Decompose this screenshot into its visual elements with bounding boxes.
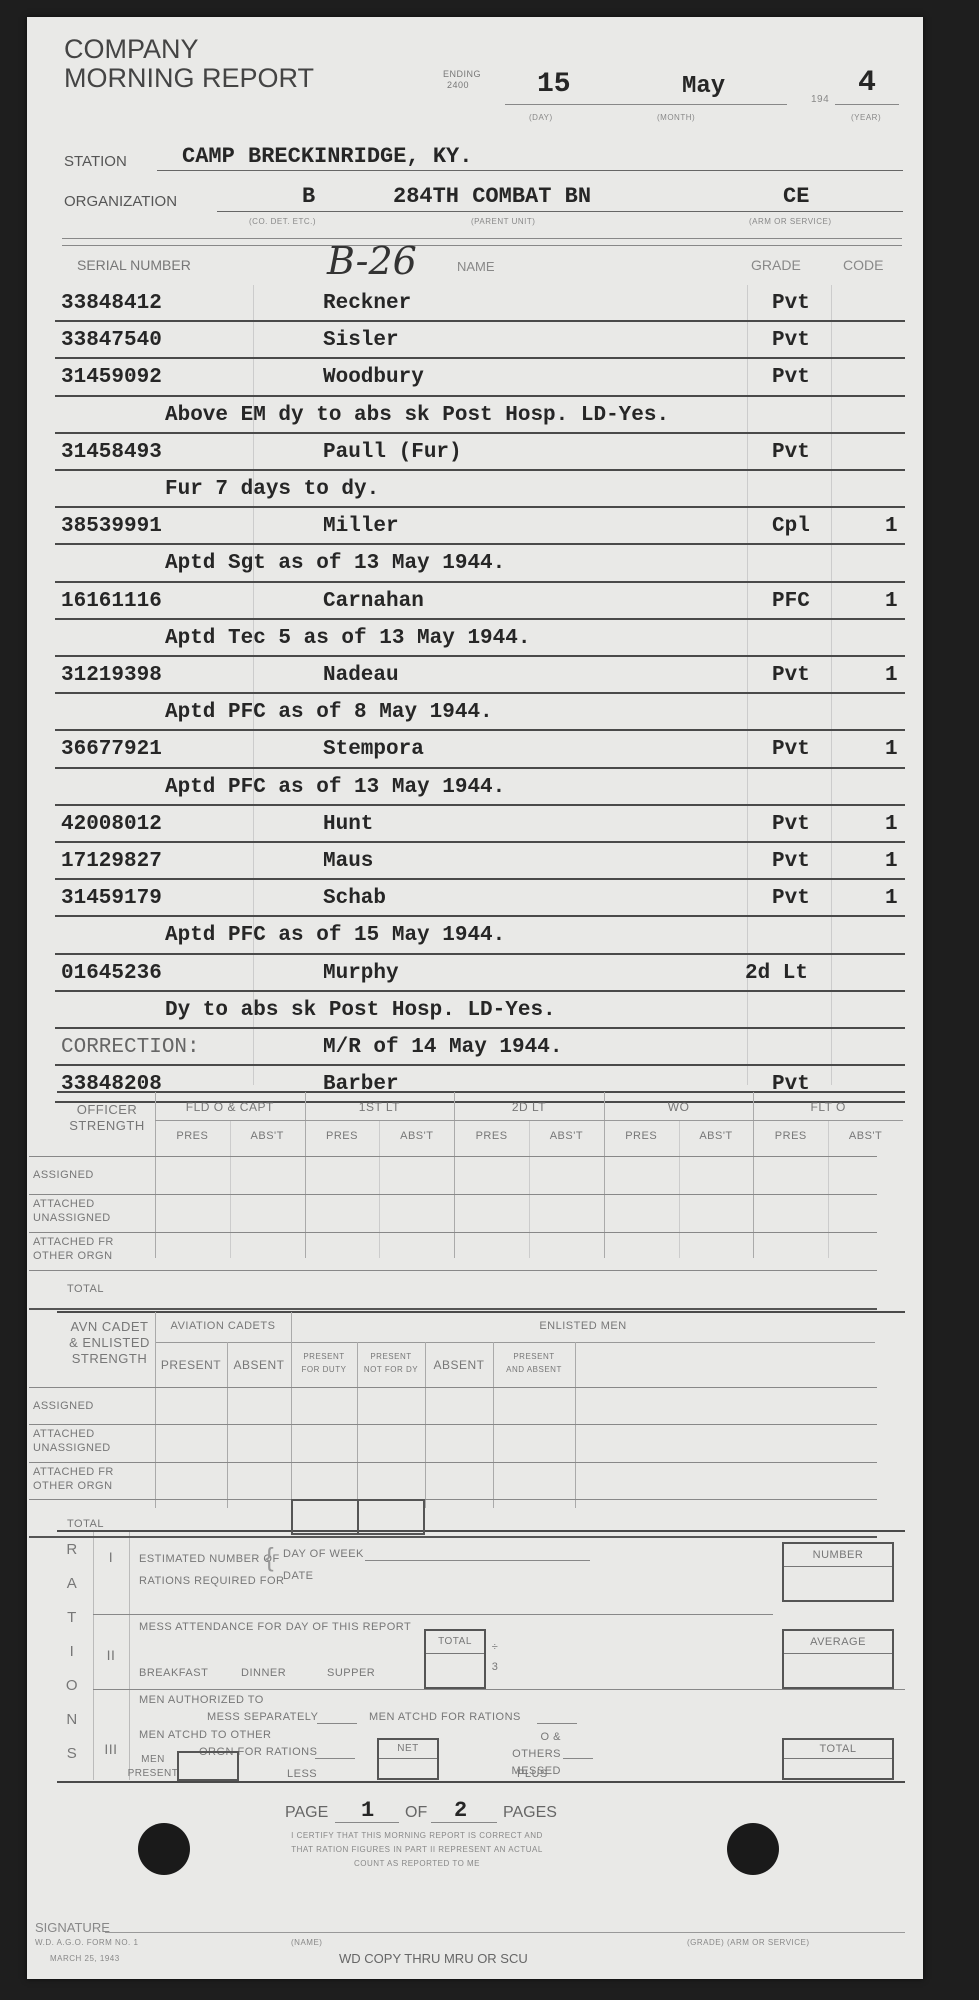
plus-label: PLUS <box>517 1768 548 1780</box>
officer-subheader-rule <box>155 1120 903 1121</box>
enlisted-count-cell[interactable] <box>227 1499 291 1536</box>
men-present-box[interactable] <box>177 1751 239 1781</box>
soldier-name: Nadeau <box>323 664 399 687</box>
enlisted-title-line2: & ENLISTED <box>57 1335 162 1351</box>
form-title-line2: MORNING REPORT <box>64 64 314 93</box>
officer-count-cell[interactable] <box>828 1194 903 1232</box>
soldier-name: Reckner <box>323 292 411 315</box>
men-present-line2: PRESENT <box>123 1767 183 1781</box>
total-present-box-divider <box>357 1499 359 1535</box>
officer-count-cell[interactable] <box>454 1270 529 1308</box>
enlisted-column-divider <box>575 1342 576 1508</box>
part-i-line1: ESTIMATED NUMBER OF <box>139 1548 284 1570</box>
remark-text: Aptd PFC as of 13 May 1944. <box>165 776 505 799</box>
code: 1 <box>885 850 898 873</box>
officer-count-cell[interactable] <box>529 1232 604 1270</box>
officer-strength-title: OFFICER STRENGTH <box>57 1102 157 1134</box>
entry-remark-row: Aptd PFC as of 13 May 1944. <box>55 769 905 806</box>
page-number: 1 <box>361 1798 374 1823</box>
officer-group-header: WO <box>604 1100 754 1114</box>
entry-row: 31459179SchabPvt1 <box>55 880 905 917</box>
officer-count-cell[interactable] <box>753 1194 828 1232</box>
officer-count-cell[interactable] <box>379 1232 454 1270</box>
men-authorized-line1: MEN AUTHORIZED TO <box>139 1694 264 1706</box>
officer-row-label: ATTACHED FROTHER ORGN <box>33 1235 114 1263</box>
officer-table-bottom-rule <box>29 1308 877 1310</box>
entry-remark-row: Aptd Sgt as of 13 May 1944. <box>55 545 905 582</box>
soldier-name: Woodbury <box>323 366 424 389</box>
enlisted-column-header-line: ABSENT <box>425 1358 493 1372</box>
signature-label: SIGNATURE <box>35 1920 110 1935</box>
average-box[interactable]: AVERAGE <box>782 1629 894 1689</box>
officer-count-cell[interactable] <box>155 1194 230 1232</box>
grade: Pvt <box>772 329 810 352</box>
part-i-numeral: I <box>93 1549 129 1565</box>
month-caption: (MONTH) <box>657 113 695 122</box>
men-atchd-other-field[interactable] <box>315 1758 355 1759</box>
men-atchd-other-line1: MEN ATCHD TO OTHER <box>139 1729 271 1741</box>
serial-number: 31458493 <box>61 441 162 464</box>
ending-label: ENDING 2400 <box>443 69 481 91</box>
enlisted-count-cell[interactable] <box>493 1499 575 1536</box>
entry-row: 33848412RecknerPvt <box>55 285 905 322</box>
enlisted-row-label: ATTACHED FROTHER ORGN <box>33 1465 114 1493</box>
code: 1 <box>885 664 898 687</box>
enlisted-men-header: ENLISTED MEN <box>291 1320 875 1332</box>
rations-bottom-rule <box>57 1781 905 1783</box>
officer-count-cell[interactable] <box>529 1156 604 1194</box>
signature-line[interactable] <box>105 1932 905 1933</box>
mess-separately-field[interactable] <box>317 1723 357 1724</box>
enlisted-row-label-line: UNASSIGNED <box>33 1441 111 1455</box>
enlisted-count-cell[interactable] <box>155 1499 227 1536</box>
entry-row: 31458493Paull (Fur)Pvt <box>55 434 905 471</box>
officer-subheader: PRES <box>454 1130 529 1142</box>
enlisted-row-label-line: ATTACHED FR <box>33 1465 114 1479</box>
enlisted-count-cell[interactable] <box>425 1462 493 1499</box>
entry-row: 31459092WoodburyPvt <box>55 359 905 396</box>
enlisted-column-header: PRESENTAND ABSENT <box>493 1350 575 1376</box>
arm-caption: (ARM OR SERVICE) <box>749 217 832 226</box>
number-label: NUMBER <box>784 1544 892 1567</box>
enlisted-row-label-line: TOTAL <box>67 1517 104 1531</box>
soldier-name: Hunt <box>323 813 373 836</box>
rations-total-box[interactable]: TOTAL <box>782 1738 894 1780</box>
officer-count-cell[interactable] <box>454 1156 529 1194</box>
organization-underline <box>217 211 903 212</box>
remark-text: Fur 7 days to dy. <box>165 478 379 501</box>
binder-hole-left <box>138 1823 190 1875</box>
rations-total-label: TOTAL <box>784 1740 892 1759</box>
grade: Cpl <box>772 515 810 538</box>
officer-count-cell[interactable] <box>604 1270 679 1308</box>
form-date: MARCH 25, 1943 <box>50 1954 120 1963</box>
officer-count-cell[interactable] <box>604 1156 679 1194</box>
rations-side-letter: I <box>57 1637 87 1671</box>
entry-row: 42008012HuntPvt1 <box>55 806 905 843</box>
enlisted-count-cell[interactable] <box>357 1387 425 1424</box>
officer-count-cell[interactable] <box>379 1194 454 1232</box>
officer-count-cell[interactable] <box>828 1232 903 1270</box>
entry-row: 16161116CarnahanPFC1 <box>55 583 905 620</box>
mess-total-box[interactable]: TOTAL <box>424 1629 486 1689</box>
brace-glyph: { <box>265 1543 274 1571</box>
officer-row-label: ASSIGNED <box>33 1168 94 1182</box>
handwritten-code: B-26 <box>327 239 417 283</box>
entry-remark-row: Fur 7 days to dy. <box>55 471 905 508</box>
soldier-name: Sisler <box>323 329 399 352</box>
enlisted-strength-title: AVN CADET & ENLISTED STRENGTH <box>57 1319 162 1367</box>
officer-count-cell[interactable] <box>679 1156 754 1194</box>
grade: Pvt <box>772 887 810 910</box>
entry-row: 31219398NadeauPvt1 <box>55 657 905 694</box>
less-label: LESS <box>287 1768 317 1780</box>
grade: Pvt <box>772 850 810 873</box>
breakfast-label: BREAKFAST <box>139 1667 208 1679</box>
grade: Pvt <box>772 441 810 464</box>
enlisted-count-cell[interactable] <box>227 1462 291 1499</box>
part-i-label: ESTIMATED NUMBER OF RATIONS REQUIRED FOR <box>139 1548 284 1592</box>
ending-label-text: ENDING <box>443 69 481 80</box>
enlisted-count-cell[interactable] <box>425 1387 493 1424</box>
part-ii-bottom-rule <box>93 1689 905 1690</box>
grade: Pvt <box>772 292 810 315</box>
grade: Pvt <box>772 664 810 687</box>
serial-number-header: SERIAL NUMBER <box>77 257 191 273</box>
officer-count-cell[interactable] <box>230 1194 305 1232</box>
morning-report-form: COMPANY MORNING REPORT ENDING 2400 15 Ma… <box>27 17 923 1979</box>
officer-count-cell[interactable] <box>230 1156 305 1194</box>
soldier-name: Murphy <box>323 962 399 985</box>
officer-subheader: PRES <box>155 1130 230 1142</box>
remark-text: Dy to abs sk Post Hosp. LD-Yes. <box>165 999 556 1022</box>
form-number: W.D. A.G.O. FORM NO. 1 <box>35 1938 138 1947</box>
enlisted-column-header-line: ABSENT <box>227 1358 291 1372</box>
officer-count-cell[interactable] <box>305 1156 380 1194</box>
officer-subheader: PRES <box>305 1130 380 1142</box>
enlisted-count-cell[interactable] <box>357 1462 425 1499</box>
entry-remark-row: Aptd PFC as of 15 May 1944. <box>55 917 905 954</box>
rations-side-letter: N <box>57 1705 87 1739</box>
officer-group-header: 1ST LT <box>305 1100 455 1114</box>
divide-sign: ÷ <box>489 1637 501 1657</box>
page-label: PAGE <box>285 1804 328 1822</box>
mess-attendance-label: MESS ATTENDANCE FOR DAY OF THIS REPORT <box>139 1621 411 1633</box>
rations-numeral-divider-right <box>129 1532 130 1780</box>
rations-side-label: RATIONS <box>57 1535 87 1773</box>
remark-text: Aptd Sgt as of 13 May 1944. <box>165 552 505 575</box>
enlisted-column-header: ABSENT <box>425 1358 493 1372</box>
officer-count-cell[interactable] <box>679 1194 754 1232</box>
serial-number: 01645236 <box>61 962 162 985</box>
header-rule-1 <box>62 238 902 239</box>
serial-number: 31459092 <box>61 366 162 389</box>
entry-row: 33847540SislerPvt <box>55 322 905 359</box>
divide-by-three: ÷ 3 <box>489 1637 501 1677</box>
officer-row-label: ATTACHEDUNASSIGNED <box>33 1197 111 1225</box>
name-caption: (NAME) <box>291 1938 322 1947</box>
grade: Pvt <box>772 738 810 761</box>
officer-count-cell[interactable] <box>454 1232 529 1270</box>
officer-row-label-line: ATTACHED <box>33 1197 111 1211</box>
code: 1 <box>885 813 898 836</box>
enlisted-count-cell[interactable] <box>155 1387 227 1424</box>
enlisted-count-cell[interactable] <box>155 1424 227 1461</box>
rations-side-letter: R <box>57 1535 87 1569</box>
officer-count-cell[interactable] <box>454 1194 529 1232</box>
officer-count-cell[interactable] <box>679 1270 754 1308</box>
entry-remark-row: Above EM dy to abs sk Post Hosp. LD-Yes. <box>55 397 905 434</box>
entry-row: 36677921StemporaPvt1 <box>55 731 905 768</box>
certify-line2: THAT RATION FIGURES IN PART II REPRESENT… <box>267 1843 567 1857</box>
year-caption: (YEAR) <box>851 113 881 122</box>
officer-count-cell[interactable] <box>379 1270 454 1308</box>
rations-side-letter: S <box>57 1739 87 1773</box>
entry-remark-row: Aptd PFC as of 8 May 1944. <box>55 694 905 731</box>
correction-label: CORRECTION: <box>61 1036 200 1059</box>
company-caption: (CO. DET. ETC.) <box>249 217 316 226</box>
code-header: CODE <box>843 257 883 273</box>
serial-number: 38539991 <box>61 515 162 538</box>
serial-number: 42008012 <box>61 813 162 836</box>
serial-number: 31219398 <box>61 664 162 687</box>
enlisted-count-cell[interactable] <box>425 1424 493 1461</box>
serial-number: 33847540 <box>61 329 162 352</box>
day-of-week-label: DAY OF WEEK <box>283 1548 364 1560</box>
enlisted-column-header-line: FOR DUTY <box>291 1363 357 1376</box>
supper-label: SUPPER <box>327 1667 375 1679</box>
officer-subheader: PRES <box>604 1130 679 1142</box>
grade: PFC <box>772 590 810 613</box>
enlisted-count-cell[interactable] <box>357 1424 425 1461</box>
remark-text: Above EM dy to abs sk Post Hosp. LD-Yes. <box>165 404 669 427</box>
officer-subheader: ABS'T <box>679 1130 754 1142</box>
officer-count-cell[interactable] <box>230 1232 305 1270</box>
divisor: 3 <box>489 1657 501 1677</box>
enlisted-count-cell[interactable] <box>493 1462 575 1499</box>
rations-side-letter: O <box>57 1671 87 1705</box>
enlisted-title-line3: STRENGTH <box>57 1351 162 1367</box>
remark-text: Aptd Tec 5 as of 13 May 1944. <box>165 627 530 650</box>
entry-row: 01645236Murphy2d Lt <box>55 955 905 992</box>
enlisted-row-label: ASSIGNED <box>33 1399 94 1413</box>
certify-line1: I CERTIFY THAT THIS MORNING REPORT IS CO… <box>267 1829 567 1843</box>
date-label: DATE <box>283 1570 314 1582</box>
enlisted-row-label: TOTAL <box>67 1517 104 1531</box>
remark-text: Aptd PFC as of 15 May 1944. <box>165 924 505 947</box>
officer-row-label: TOTAL <box>67 1282 104 1296</box>
officer-table-top-rule <box>57 1091 905 1093</box>
total-pages: 2 <box>454 1798 467 1823</box>
officer-count-cell[interactable] <box>604 1194 679 1232</box>
enlisted-table-top-rule <box>57 1311 905 1313</box>
officer-count-cell[interactable] <box>753 1270 828 1308</box>
soldier-name: Miller <box>323 515 399 538</box>
enlisted-column-header: ABSENT <box>227 1358 291 1372</box>
enlisted-column-header-line: PRESENT <box>155 1358 227 1372</box>
rations-side-letter: A <box>57 1569 87 1603</box>
arm-service-value: CE <box>783 184 809 209</box>
enlisted-column-header-line: PRESENT <box>291 1350 357 1363</box>
enlisted-count-cell[interactable] <box>155 1462 227 1499</box>
form-title: COMPANY MORNING REPORT <box>64 35 314 93</box>
enlisted-subheader-rule <box>155 1342 875 1343</box>
o-others-field[interactable] <box>563 1758 593 1759</box>
officer-count-cell[interactable] <box>753 1232 828 1270</box>
organization-label: ORGANIZATION <box>64 193 177 210</box>
enlisted-column-header: PRESENT <box>155 1358 227 1372</box>
officer-count-cell[interactable] <box>529 1270 604 1308</box>
officer-count-cell[interactable] <box>679 1232 754 1270</box>
certification-text: I CERTIFY THAT THIS MORNING REPORT IS CO… <box>267 1829 567 1871</box>
officer-title-line2: STRENGTH <box>57 1118 157 1134</box>
serial-number: 33848412 <box>61 292 162 315</box>
officer-count-cell[interactable] <box>828 1156 903 1194</box>
code: 1 <box>885 590 898 613</box>
grade: Pvt <box>772 813 810 836</box>
enlisted-column-header-line: PRESENT <box>493 1350 575 1363</box>
entry-remark-row: Aptd Tec 5 as of 13 May 1944. <box>55 620 905 657</box>
enlisted-count-cell[interactable] <box>291 1387 357 1424</box>
enlisted-count-cell[interactable] <box>493 1424 575 1461</box>
officer-group-header: FLT O <box>753 1100 903 1114</box>
grade-arm-caption: (GRADE) (ARM OR SERVICE) <box>687 1938 810 1947</box>
officer-row-label-line: TOTAL <box>67 1282 104 1296</box>
year-underline <box>835 104 899 105</box>
parent-caption: (PARENT UNIT) <box>471 217 535 226</box>
enlisted-row-label: ATTACHEDUNASSIGNED <box>33 1427 111 1455</box>
wd-copy-note: WD COPY THRU MRU OR SCU <box>339 1951 528 1966</box>
officer-row-label-line: OTHER ORGN <box>33 1249 114 1263</box>
officer-count-cell[interactable] <box>828 1270 903 1308</box>
report-year: 4 <box>858 66 876 100</box>
officer-row-label-line: UNASSIGNED <box>33 1211 111 1225</box>
average-label: AVERAGE <box>784 1631 892 1654</box>
ending-time: 2400 <box>443 80 481 91</box>
grade-header: GRADE <box>751 257 801 273</box>
o-others-line1: O & OTHERS <box>501 1729 561 1763</box>
code: 1 <box>885 738 898 761</box>
officer-count-cell[interactable] <box>230 1270 305 1308</box>
entry-remark-row: CORRECTION:M/R of 14 May 1944. <box>55 1029 905 1066</box>
serial-number: 36677921 <box>61 738 162 761</box>
date-underline <box>505 104 787 105</box>
part-i-bottom-rule <box>93 1614 773 1615</box>
officer-title-line1: OFFICER <box>57 1102 157 1118</box>
enlisted-column-header-line: PRESENT <box>357 1350 425 1363</box>
code: 1 <box>885 515 898 538</box>
part-ii-numeral: II <box>93 1647 129 1663</box>
enlisted-row-label-line: ATTACHED <box>33 1427 111 1441</box>
enlisted-title-line1: AVN CADET <box>57 1319 162 1335</box>
year-prefix: 194 <box>811 94 829 105</box>
name-header: NAME <box>457 259 495 274</box>
officer-subheader: ABS'T <box>828 1130 903 1142</box>
serial-number: 16161116 <box>61 590 162 613</box>
aviation-cadets-header: AVIATION CADETS <box>155 1320 291 1332</box>
men-atchd-for-rations-label: MEN ATCHD FOR RATIONS <box>369 1711 521 1723</box>
entry-remark-row: Dy to abs sk Post Hosp. LD-Yes. <box>55 992 905 1029</box>
officer-count-cell[interactable] <box>305 1270 380 1308</box>
enlisted-column-header: PRESENTFOR DUTY <box>291 1350 357 1376</box>
serial-number: 17129827 <box>61 850 162 873</box>
officer-subheader: ABS'T <box>230 1130 305 1142</box>
dinner-label: DINNER <box>241 1667 286 1679</box>
binder-hole-right <box>727 1823 779 1875</box>
enlisted-count-cell[interactable] <box>227 1387 291 1424</box>
soldier-name: Stempora <box>323 738 424 761</box>
station-label: STATION <box>64 153 127 170</box>
men-authorized-line2: MESS SEPARATELY <box>207 1711 318 1723</box>
entry-row: 38539991MillerCpl1 <box>55 508 905 545</box>
of-label: OF <box>405 1804 427 1822</box>
officer-row-label-line: ATTACHED FR <box>33 1235 114 1249</box>
form-title-line1: COMPANY <box>64 35 314 64</box>
day-caption: (DAY) <box>529 113 553 122</box>
officer-count-cell[interactable] <box>529 1194 604 1232</box>
enlisted-column-header-line: NOT FOR DY <box>357 1363 425 1376</box>
enlisted-row-label-line: ASSIGNED <box>33 1399 94 1413</box>
company-value: B <box>302 184 315 209</box>
enlisted-count-cell[interactable] <box>425 1499 493 1536</box>
number-box[interactable]: NUMBER <box>782 1542 894 1602</box>
pages-label: PAGES <box>503 1804 557 1822</box>
report-month: May <box>682 73 725 100</box>
remark-text: Aptd PFC as of 8 May 1944. <box>165 701 493 724</box>
officer-count-cell[interactable] <box>305 1194 380 1232</box>
grade: Pvt <box>772 366 810 389</box>
code: 1 <box>885 887 898 910</box>
net-label: NET <box>379 1740 437 1759</box>
officer-count-cell[interactable] <box>604 1232 679 1270</box>
part-i-line2: RATIONS REQUIRED FOR <box>139 1570 284 1592</box>
enlisted-row-label-line: OTHER ORGN <box>33 1479 114 1493</box>
enlisted-column-header: PRESENTNOT FOR DY <box>357 1350 425 1376</box>
officer-subheader: PRES <box>753 1130 828 1142</box>
enlisted-table-bottom-rule <box>29 1536 877 1538</box>
officer-count-cell[interactable] <box>155 1270 230 1308</box>
enlisted-count-cell[interactable] <box>291 1424 357 1461</box>
mess-total-label: TOTAL <box>426 1631 484 1654</box>
men-atchd-for-rations-field[interactable] <box>537 1723 577 1724</box>
men-present-label: MEN PRESENT <box>123 1753 183 1781</box>
report-day: 15 <box>537 69 571 100</box>
officer-subheader: ABS'T <box>529 1130 604 1142</box>
grade: 2d Lt <box>745 962 808 985</box>
officer-group-header: 2D LT <box>454 1100 604 1114</box>
header-rule-2 <box>62 245 902 246</box>
soldier-name: Maus <box>323 850 373 873</box>
enlisted-count-cell[interactable] <box>291 1462 357 1499</box>
rations-side-letter: T <box>57 1603 87 1637</box>
day-of-week-field[interactable] <box>365 1560 590 1561</box>
officer-count-cell[interactable] <box>305 1232 380 1270</box>
officer-row-label-line: ASSIGNED <box>33 1168 94 1182</box>
station-value: CAMP BRECKINRIDGE, KY. <box>182 144 472 169</box>
net-box[interactable]: NET <box>377 1738 439 1780</box>
officer-count-cell[interactable] <box>155 1156 230 1194</box>
enlisted-count-cell[interactable] <box>493 1387 575 1424</box>
parent-unit-value: 284TH COMBAT BN <box>393 184 591 209</box>
men-present-line1: MEN <box>123 1753 183 1767</box>
officer-count-cell[interactable] <box>753 1156 828 1194</box>
entry-row: 17129827MausPvt1 <box>55 843 905 880</box>
officer-count-cell[interactable] <box>155 1232 230 1270</box>
officer-count-cell[interactable] <box>379 1156 454 1194</box>
officer-group-header: FLD O & CAPT <box>155 1100 305 1114</box>
enlisted-count-cell[interactable] <box>227 1424 291 1461</box>
entry-row: 33848208BarberPvt <box>55 1066 905 1103</box>
